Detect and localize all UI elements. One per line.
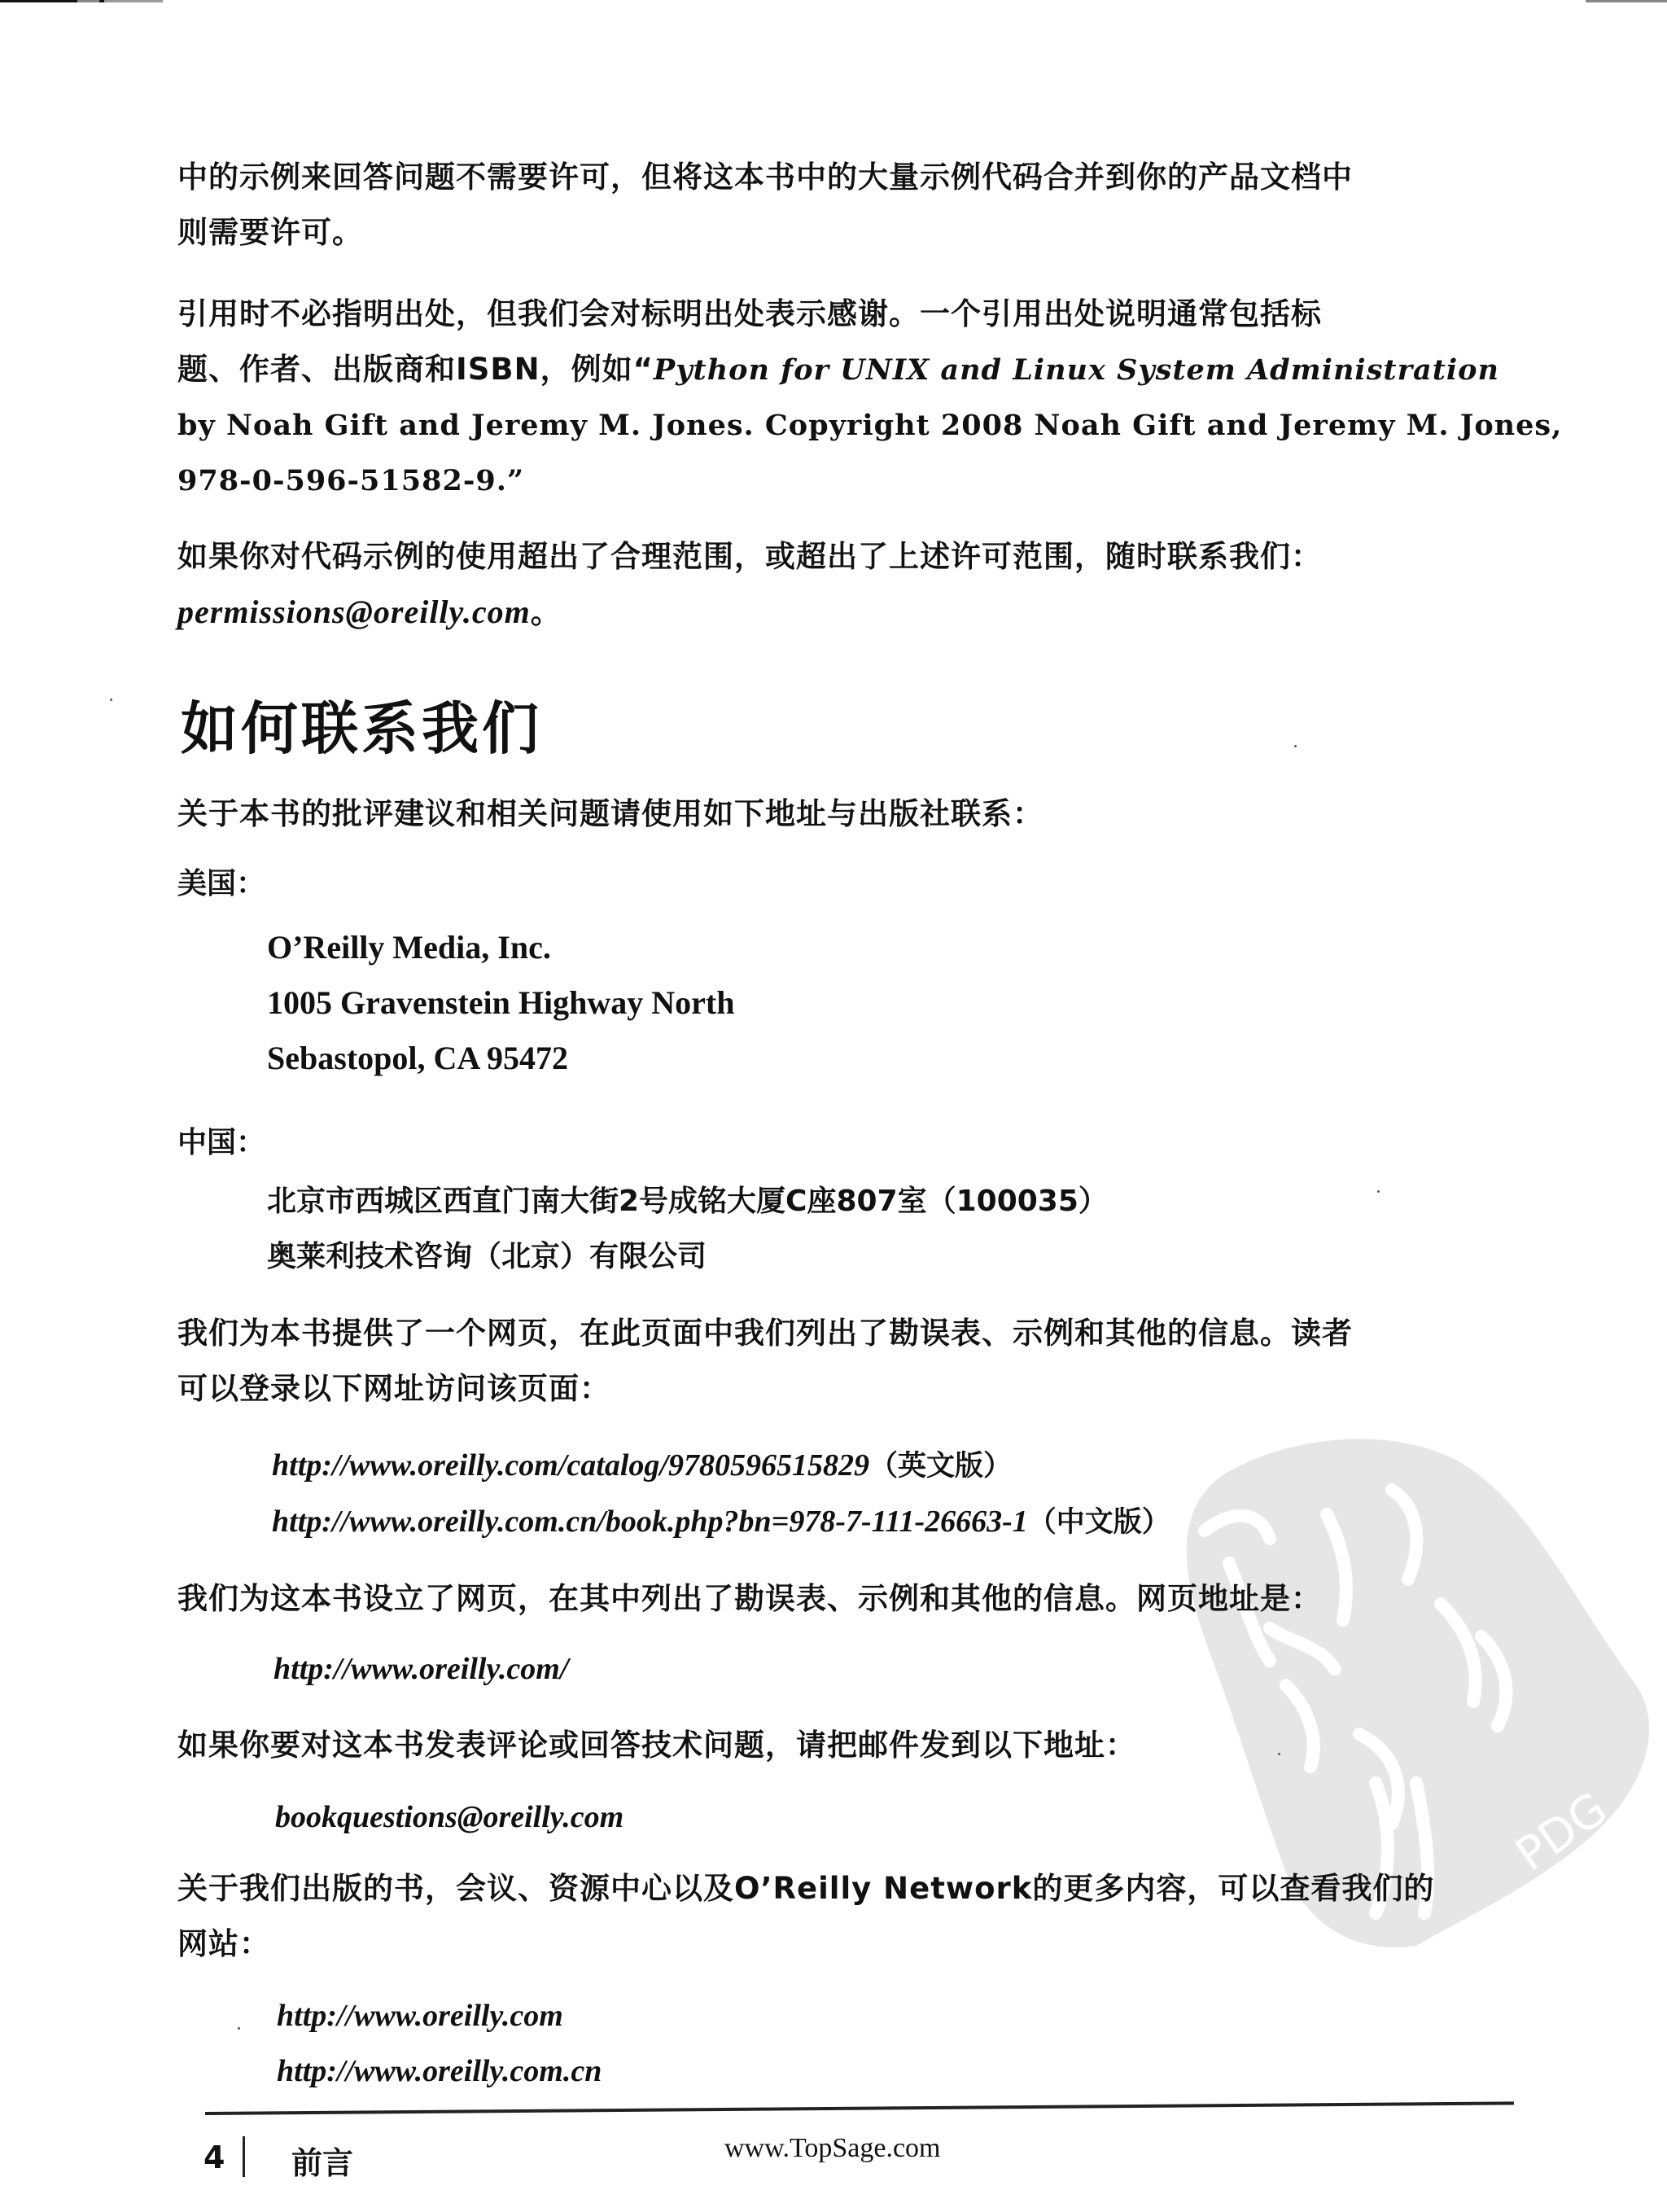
catalog-url-link[interactable]: http://www.oreilly.com/catalog/978059651… <box>272 1448 869 1483</box>
text-line: 我们为这本书设立了网页，在其中列出了勘误表、示例和其他的信息。网页地址是： <box>177 1571 1496 1627</box>
speck <box>1294 745 1297 747</box>
address-line: O’Reilly Media, Inc. <box>267 920 734 975</box>
webpage-urls: http://www.oreilly.com/catalog/978059651… <box>272 1438 1170 1550</box>
text-line: 题、作者、出版商和ISBN，例如“Python for UNIX and Lin… <box>177 342 1496 398</box>
scan-edge-artifact-left <box>0 0 163 2</box>
book-title: Python for UNIX and Linux System Adminis… <box>654 353 1499 387</box>
address-line: 1005 Gravenstein Highway North <box>267 975 734 1031</box>
page-number: 4 <box>203 2140 225 2175</box>
contact-intro: 关于本书的批评建议和相关问题请使用如下地址与出版社联系： <box>177 786 1496 842</box>
oreilly-cn-link[interactable]: http://www.oreilly.com.cn <box>277 2043 602 2099</box>
text-segment: 。 <box>531 595 562 630</box>
footer-separator <box>243 2136 245 2177</box>
text-line: permissions@oreilly.com。 <box>177 585 1496 641</box>
usa-label: 美国： <box>177 861 265 907</box>
text-line: 978-0-596-51582-9.” <box>177 453 1496 509</box>
speck <box>1377 1190 1380 1193</box>
oreilly-com-link[interactable]: http://www.oreilly.com <box>277 1988 602 2043</box>
speck <box>238 2027 240 2030</box>
bookquestions-email-link[interactable]: bookquestions@oreilly.com <box>275 1789 623 1845</box>
questions-email: bookquestions@oreilly.com <box>275 1789 623 1845</box>
permissions-email-link[interactable]: permissions@oreilly.com <box>177 594 531 630</box>
paragraph-questions: 如果你要对这本书发表评论或回答技术问题，请把邮件发到以下地址： <box>177 1718 1496 1773</box>
speck <box>110 699 112 701</box>
oreilly-url-link[interactable]: http://www.oreilly.com/ <box>273 1641 568 1697</box>
website-url: http://www.oreilly.com/ <box>273 1641 568 1697</box>
text-line: 网站： <box>177 1916 1496 1972</box>
china-address: 北京市西城区西直门南大街2号成铭大厦C座807室（100035） 奥莱利技术咨询… <box>267 1174 1108 1285</box>
section-heading: 如何联系我们 <box>181 692 542 765</box>
url-line: http://www.oreilly.com/catalog/978059651… <box>272 1438 1170 1494</box>
footer-section-name: 前言 <box>291 2138 353 2183</box>
paragraph-permission-continuation: 中的示例来回答问题不需要许可，但将这本书中的大量示例代码合并到你的产品文档中 则… <box>177 150 1496 261</box>
text-line: 我们为本书提供了一个网页，在此页面中我们列出了勘误表、示例和其他的信息。读者 <box>177 1306 1496 1361</box>
address-line: Sebastopol, CA 95472 <box>267 1031 734 1086</box>
text-line: 关于我们出版的书，会议、资源中心以及O’Reilly Network的更多内容，… <box>177 1861 1496 1916</box>
cn-book-url-link[interactable]: http://www.oreilly.com.cn/book.php?bn=97… <box>272 1505 1028 1539</box>
text-line: 如果你要对这本书发表评论或回答技术问题，请把邮件发到以下地址： <box>177 1718 1496 1773</box>
footer-site-mark: www.TopSage.com <box>724 2133 940 2164</box>
text-line: 如果你对代码示例的使用超出了合理范围，或超出了上述许可范围，随时联系我们： <box>177 529 1496 585</box>
footer-divider <box>205 2101 1514 2115</box>
url-line: http://www.oreilly.com.cn/book.php?bn=97… <box>272 1494 1170 1550</box>
text-line: by Noah Gift and Jeremy M. Jones. Copyri… <box>177 398 1496 453</box>
scan-edge-artifact-right <box>1586 0 1667 2</box>
edition-note: （英文版） <box>869 1450 1012 1483</box>
page-footer: 4 前言 www.TopSage.com <box>0 2133 1667 2190</box>
usa-address: O’Reilly Media, Inc. 1005 Gravenstein Hi… <box>267 920 734 1086</box>
paragraph-webpage: 我们为本书提供了一个网页，在此页面中我们列出了勘误表、示例和其他的信息。读者 可… <box>177 1306 1496 1417</box>
paragraph-more-content: 关于我们出版的书，会议、资源中心以及O’Reilly Network的更多内容，… <box>177 1861 1496 1972</box>
speck <box>1278 1753 1280 1755</box>
address-line: 北京市西城区西直门南大街2号成铭大厦C座807室（100035） <box>267 1174 1108 1229</box>
more-urls: http://www.oreilly.com http://www.oreill… <box>277 1988 602 2099</box>
paragraph-permissions-contact: 如果你对代码示例的使用超出了合理范围，或超出了上述许可范围，随时联系我们： pe… <box>177 529 1496 641</box>
edition-note: （中文版） <box>1028 1506 1170 1539</box>
text-line: 中的示例来回答问题不需要许可，但将这本书中的大量示例代码合并到你的产品文档中 <box>177 150 1496 205</box>
speck <box>1074 189 1077 191</box>
text-segment: 题、作者、出版商和ISBN，例如“ <box>177 352 654 387</box>
svg-text:PDG: PDG <box>1507 1782 1617 1881</box>
text-line: 则需要许可。 <box>177 205 1496 261</box>
text-line: 关于本书的批评建议和相关问题请使用如下地址与出版社联系： <box>177 786 1496 842</box>
paragraph-website: 我们为这本书设立了网页，在其中列出了勘误表、示例和其他的信息。网页地址是： <box>177 1571 1496 1627</box>
china-label: 中国： <box>177 1120 265 1166</box>
text-line: 引用时不必指明出处，但我们会对标明出处表示感谢。一个引用出处说明通常包括标 <box>177 287 1496 342</box>
text-line: 可以登录以下网址访问该页面： <box>177 1361 1496 1417</box>
address-line: 奥莱利技术咨询（北京）有限公司 <box>267 1229 1108 1285</box>
paragraph-attribution: 引用时不必指明出处，但我们会对标明出处表示感谢。一个引用出处说明通常包括标 题、… <box>177 287 1496 509</box>
